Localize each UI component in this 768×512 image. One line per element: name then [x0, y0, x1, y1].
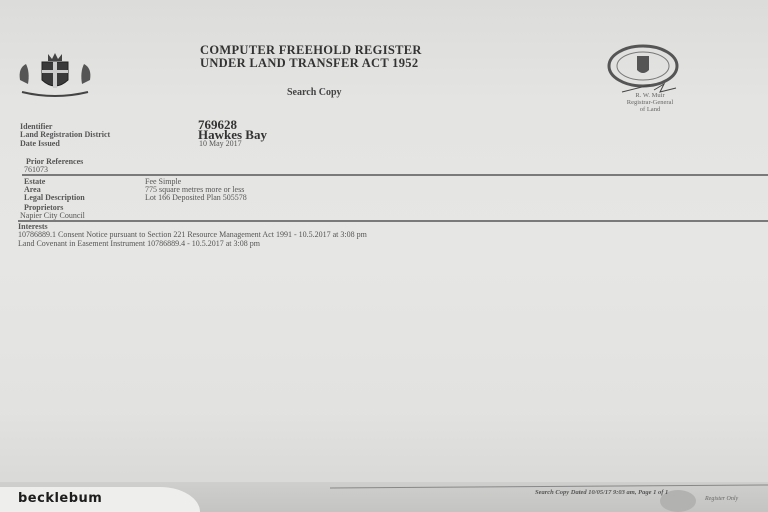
prior-references-value: 761073 — [24, 165, 48, 174]
document-subtitle: Search Copy — [287, 87, 342, 98]
proprietors-value: Napier City Council — [20, 211, 85, 220]
watermark-username: becklebum — [18, 491, 102, 506]
registrar-signature-block: R. W. Muir Registrar-General of Land — [604, 92, 696, 113]
date-issued-value: 10 May 2017 — [199, 139, 242, 148]
interest-item: 10786889.1 Consent Notice pursuant to Se… — [18, 230, 367, 239]
signer-title-2: of Land — [604, 106, 696, 113]
legal-description-label: Legal Description — [24, 193, 85, 202]
document-page: COMPUTER FREEHOLD REGISTER UNDER LAND TR… — [0, 0, 768, 512]
legal-description-value: Lot 166 Deposited Plan 505578 — [145, 193, 247, 202]
coat-of-arms-icon — [14, 50, 96, 98]
interest-item: Land Covenant in Easement Instrument 107… — [18, 239, 260, 248]
signer-name: R. W. Muir — [604, 92, 696, 99]
title-line-2: UNDER LAND TRANSFER ACT 1952 — [200, 57, 422, 70]
district-label: Land Registration District — [20, 130, 110, 139]
register-only-text: Register Only — [705, 496, 738, 502]
divider — [18, 220, 768, 222]
search-copy-dated-text: Search Copy Dated 10/05/17 9:03 am, Page… — [535, 489, 668, 496]
date-issued-label: Date Issued — [20, 139, 60, 148]
document-title: COMPUTER FREEHOLD REGISTER UNDER LAND TR… — [200, 44, 422, 70]
divider — [22, 174, 768, 176]
signer-title: Registrar-General — [604, 99, 696, 106]
